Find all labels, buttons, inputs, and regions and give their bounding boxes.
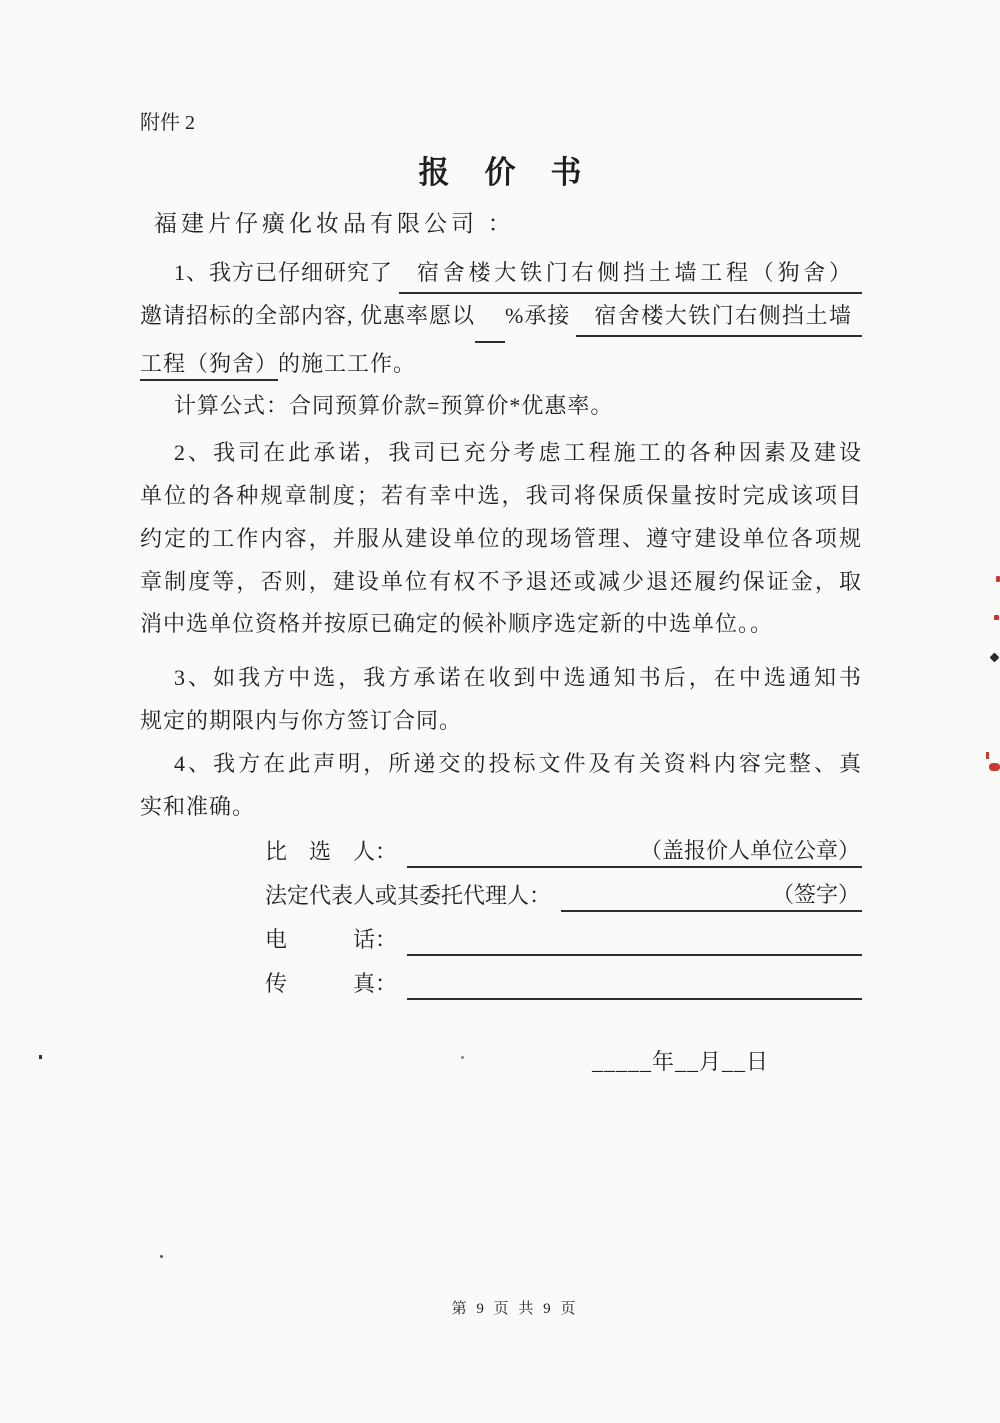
document-title: 报 价 书 [140,150,862,196]
fax-fill-line [407,970,862,1000]
attachment-label: 附件 2 [140,110,862,136]
legal-rep-label: 法定代表人或其委托代理人： [265,882,551,910]
project-name-underlined: 工程（狗舍） [140,351,278,381]
scan-artifact-red-mark [986,752,989,759]
project-name-underlined: 宿舍楼大铁门右侧挡土墙工程（狗舍） [399,256,862,294]
page-number: 第 9 页 共 9 页 [0,1297,1000,1321]
signature-note: （签字） [772,882,860,907]
legal-rep-fill-line: （签字） [561,882,862,912]
paragraph-1-line-2: 邀请招标的全部内容, 优惠率愿以%承接宿舍楼大铁门右侧挡土墙 [140,295,862,343]
paragraph-4: 4、我方在此声明，所递交的投标文件及有关资料内容完整、真 实和准确。 [140,743,862,829]
text-segment: %承接 [505,295,570,338]
scan-artifact-dot [160,1255,163,1258]
scan-artifact-dot [461,1056,464,1059]
text-segment: 邀请招标的全部内容, 优惠率愿以 [140,295,475,338]
paragraph-2-line-1: 2、我司在此承诺，我司已充分考虑工程施工的各种因素及建设 [140,432,862,475]
legal-rep-row: 法定代表人或其委托代理人： （签字） [265,876,862,920]
paragraph-1-line-3: 工程（狗舍）的施工工作。 [140,343,862,386]
scan-artifact-red-blob [989,763,1000,771]
scanned-document-page: 附件 2 报 价 书 福建片仔癀化妆品有限公司 ： 1、我方已仔细研究了宿舍楼大… [0,0,1000,1423]
scan-artifact-red-speck [996,576,1000,582]
document-content: 附件 2 报 价 书 福建片仔癀化妆品有限公司 ： 1、我方已仔细研究了宿舍楼大… [140,0,862,1078]
paragraph-2-line-3: 约定的工作内容，并服从建设单位的现场管理、遵守建设单位各项规 [140,518,862,561]
seal-note: （盖报价人单位公章） [640,838,860,863]
scan-artifact-dot [39,1055,42,1059]
paragraph-2-line-2: 单位的各种规章制度；若有幸中选，我司将保质保量按时完成该项目 [140,475,862,518]
bidder-label: 比 选 人： [265,838,397,866]
bidder-row: 比 选 人： （盖报价人单位公章） [265,832,862,876]
paragraph-4-line-2: 实和准确。 [140,786,862,829]
paragraph-2-line-4: 章制度等，否则，建设单位有权不予退还或减少退还履约保证金，取 [140,561,862,604]
paragraph-3-line-2: 规定的期限内与你方签订合同。 [140,700,862,743]
phone-fill-line [407,926,862,956]
scan-artifact-red-speck [994,615,999,620]
paragraph-1: 1、我方已仔细研究了宿舍楼大铁门右侧挡土墙工程（狗舍） 邀请招标的全部内容, 优… [140,252,862,385]
paragraph-3: 3、如我方中选，我方承诺在收到中选通知书后，在中选通知书 规定的期限内与你方签订… [140,657,862,743]
bidder-fill-line: （盖报价人单位公章） [407,838,862,868]
fax-label: 传 真： [265,970,397,998]
date-line: _____年__月__日 [592,1046,862,1078]
paragraph-2: 2、我司在此承诺，我司已充分考虑工程施工的各种因素及建设 单位的各种规章制度；若… [140,432,862,646]
signature-block: 比 选 人： （盖报价人单位公章） 法定代表人或其委托代理人： （签字） 电 话… [265,832,862,1008]
project-name-underlined: 宿舍楼大铁门右侧挡土墙 [576,299,862,337]
recipient-line: 福建片仔癀化妆品有限公司 ： [140,208,862,240]
text-segment: 1、我方已仔细研究了 [140,252,393,295]
paragraph-1-line-1: 1、我方已仔细研究了宿舍楼大铁门右侧挡土墙工程（狗舍） [140,252,862,295]
scan-artifact-ink-speck [990,653,1000,663]
paragraph-4-line-1: 4、我方在此声明，所递交的投标文件及有关资料内容完整、真 [140,743,862,786]
phone-row: 电 话： [265,920,862,964]
text-segment: 的施工工作。 [278,351,416,376]
discount-rate-blank-field [475,295,505,343]
paragraph-3-line-1: 3、如我方中选，我方承诺在收到中选通知书后，在中选通知书 [140,657,862,700]
formula-line: 计算公式：合同预算价款=预算价*优惠率。 [140,385,862,428]
phone-label: 电 话： [265,926,397,954]
paragraph-2-line-5: 消中选单位资格并按原已确定的候补顺序选定新的中选单位。。 [140,603,862,646]
fax-row: 传 真： [265,964,862,1008]
